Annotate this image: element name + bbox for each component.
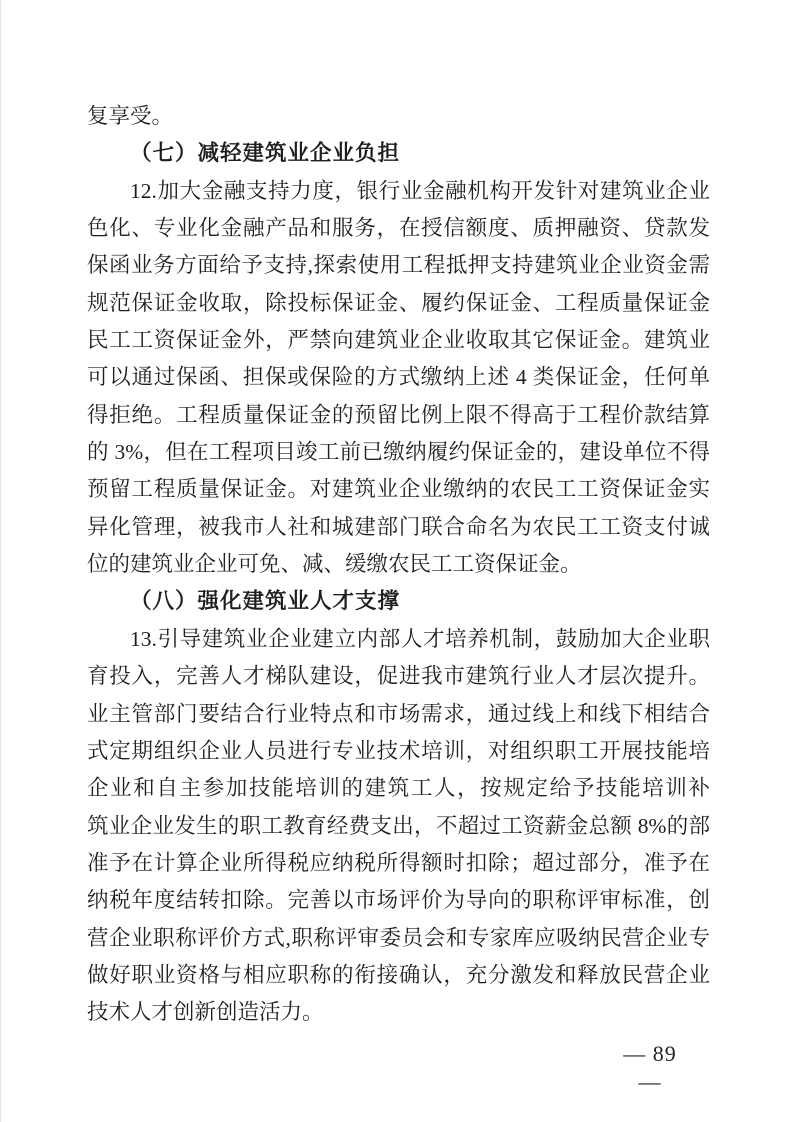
text-line: 企业和自主参加技能培训的建筑工人，按规定给予技能培训补贴。建 — [87, 770, 710, 807]
text-line: 做好职业资格与相应职称的衔接确认，充分激发和释放民营企业专业 — [87, 957, 710, 994]
text-line: 筑业企业发生的职工教育经费支出，不超过工资薪金总额 8%的部分， — [87, 808, 710, 845]
text-line: 色化、专业化金融产品和服务，在授信额度、质押融资、贷款发放、 — [87, 210, 710, 247]
paragraph-12-line: 12.加大金融支持力度，银行业金融机构开发针对建筑业企业的特 — [87, 173, 710, 210]
document-page: 复享受。 （七）减轻建筑业企业负担 12.加大金融支持力度，银行业金融机构开发针… — [0, 0, 793, 1122]
scan-edge-line — [0, 0, 1, 1122]
text-line: 的 3%，但在工程项目竣工前已缴纳履约保证金的，建设单位不得同时 — [87, 434, 710, 471]
section-heading-8: （八）强化建筑业人才支撑 — [87, 583, 710, 620]
text-line: 式定期组织企业人员进行专业技术培训，对组织职工开展技能培训的 — [87, 733, 710, 770]
text-line: 准予在计算企业所得税应纳税所得额时扣除；超过部分，准予在以后 — [87, 845, 710, 882]
document-body: 复享受。 （七）减轻建筑业企业负担 12.加大金融支持力度，银行业金融机构开发针… — [87, 98, 710, 1032]
text-line: 可以通过保函、担保或保险的方式缴纳上述 4 类保证金，任何单位不 — [87, 359, 710, 396]
page-number: — 89 — — [610, 1040, 690, 1068]
text-line: 营企业职称评价方式,职称评审委员会和专家库应吸纳民营企业专家。 — [87, 920, 710, 957]
text-line: 保函业务方面给予支持,探索使用工程抵押支持建筑业企业资金需求。 — [87, 247, 710, 284]
text-line: 技术人才创新创造活力。 — [87, 994, 710, 1031]
text-line: 规范保证金收取，除投标保证金、履约保证金、工程质量保证金和农 — [87, 285, 710, 322]
text-line: 预留工程质量保证金。对建筑业企业缴纳的农民工工资保证金实行差 — [87, 471, 710, 508]
text-line: 复享受。 — [87, 98, 710, 135]
text-line: 民工工资保证金外，严禁向建筑业企业收取其它保证金。建筑业企业 — [87, 322, 710, 359]
text-line: 育投入，完善人才梯队建设，促进我市建筑行业人才层次提升。各行 — [87, 658, 710, 695]
text-line: 得拒绝。工程质量保证金的预留比例上限不得高于工程价款结算总额 — [87, 397, 710, 434]
text-line: 纳税年度结转扣除。完善以市场评价为导向的职称评审标准，创新民 — [87, 882, 710, 919]
text-line: 业主管部门要结合行业特点和市场需求，通过线上和线下相结合的方 — [87, 696, 710, 733]
section-heading-7: （七）减轻建筑业企业负担 — [87, 135, 710, 172]
paragraph-13-line: 13.引导建筑业企业建立内部人才培养机制，鼓励加大企业职工教 — [87, 621, 710, 658]
text-line: 位的建筑业企业可免、减、缓缴农民工工资保证金。 — [87, 546, 710, 583]
text-line: 异化管理，被我市人社和城建部门联合命名为农民工工资支付诚信单 — [87, 509, 710, 546]
